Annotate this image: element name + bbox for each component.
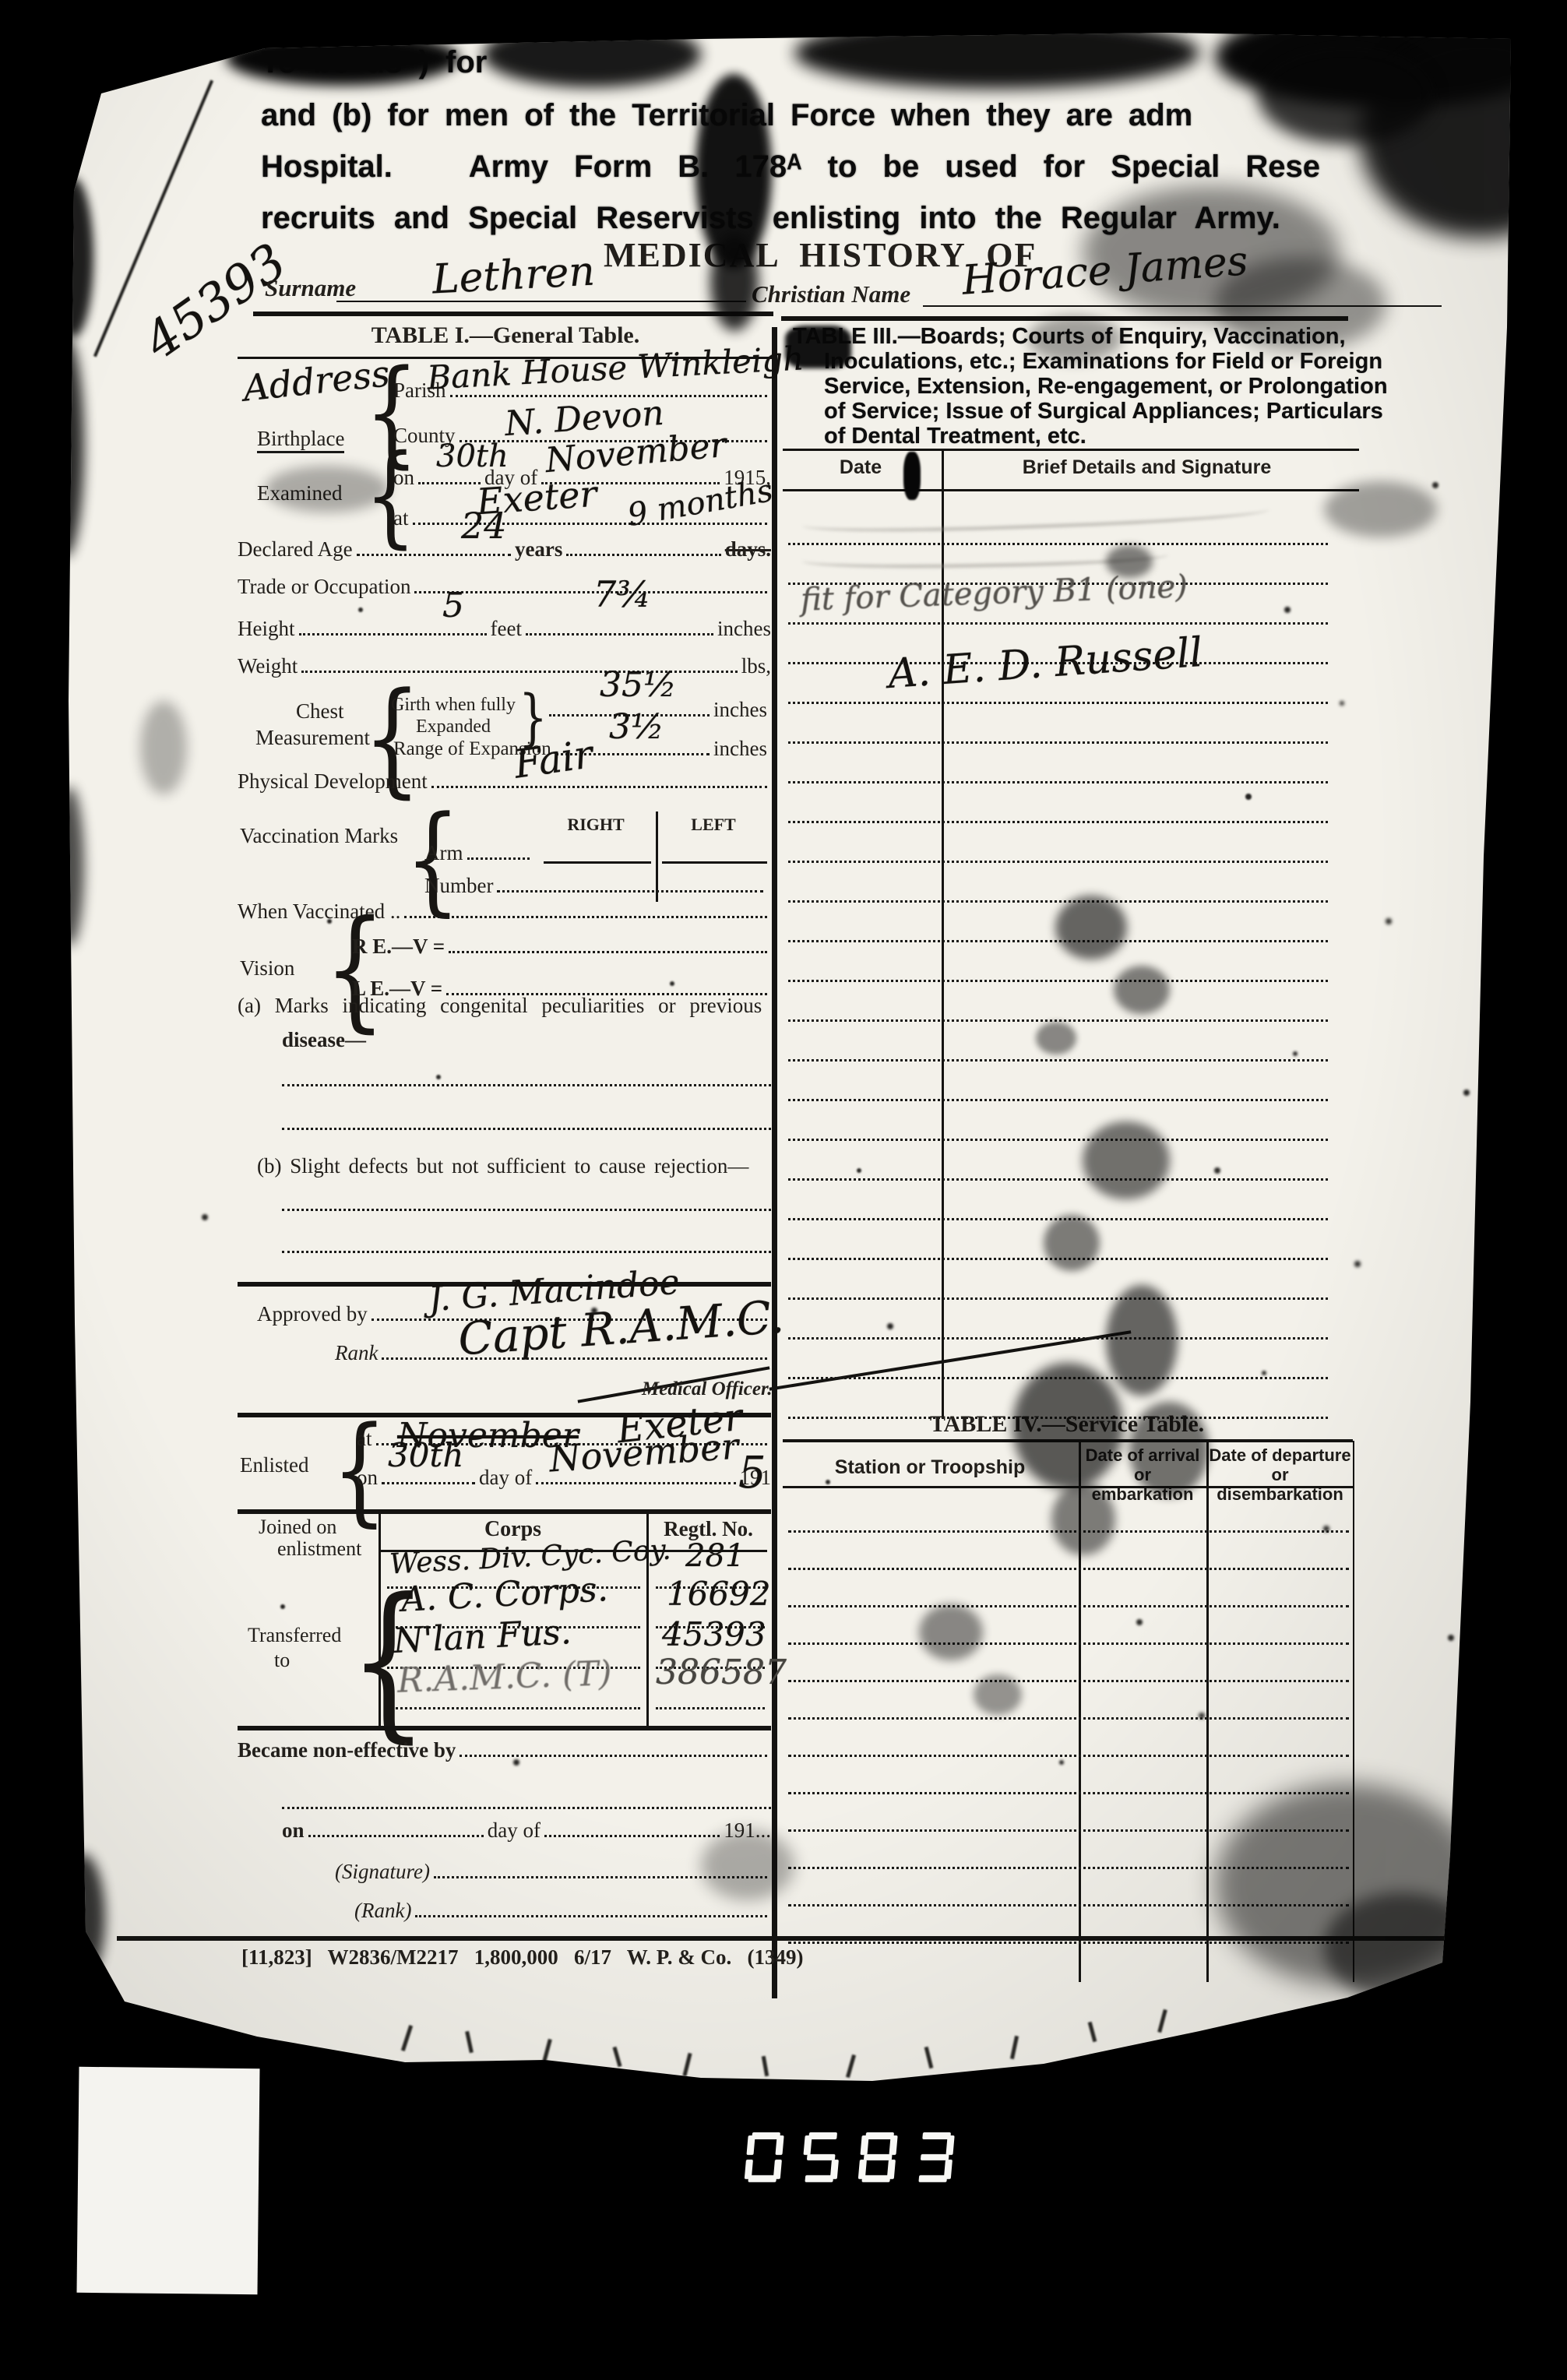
corps-row-no: 281 <box>685 1540 745 1572</box>
edge-blot <box>53 178 93 337</box>
dotted-line <box>566 552 720 556</box>
ink-stain <box>1106 1285 1178 1396</box>
ink-stain <box>226 31 460 86</box>
age-years-value: 24 <box>461 508 507 544</box>
scanned-medical-history-form: To be us ) for and (b) for men of the Te… <box>0 0 1567 2380</box>
dotted-line <box>308 1833 484 1837</box>
display-digit <box>801 2132 841 2182</box>
blank-dotted-row <box>788 740 1328 744</box>
table4-vline <box>1206 1441 1209 1982</box>
ink-stain <box>1036 1022 1076 1054</box>
dotted-line <box>460 1753 767 1757</box>
ink-stain <box>701 1830 794 1900</box>
corps-row-no: 386587 <box>656 1656 787 1690</box>
dotted-line <box>382 1480 475 1484</box>
arm-left-line <box>662 861 767 864</box>
dotted-line <box>544 1833 720 1837</box>
blank-dotted-row <box>788 1058 1328 1061</box>
non-effective-row: Became non-effective by <box>238 1738 771 1762</box>
edge-blot <box>55 787 84 946</box>
ink-stain <box>1012 1363 1123 1489</box>
blank-dotted-row <box>788 978 1328 982</box>
dotted-line <box>415 1914 767 1917</box>
dotted-line <box>357 552 511 556</box>
ink-stain <box>710 234 759 331</box>
blank-dotted-line <box>282 1805 771 1809</box>
dotted-line <box>404 914 767 918</box>
ink-stain <box>1044 1215 1100 1271</box>
ink-stain <box>1129 1402 1209 1497</box>
dotted-line <box>414 590 767 593</box>
birthplace-label: Birthplace <box>257 427 344 453</box>
corps-row-no: 16692 <box>667 1578 771 1611</box>
corps-row-line <box>656 1706 765 1709</box>
weight-row: Weightlbs, <box>238 654 771 678</box>
girth-label-2: Expanded <box>391 716 516 738</box>
vision-re-row: R E.—V = <box>352 935 771 959</box>
blank-dotted-row <box>788 1336 1328 1340</box>
blank-dotted-row <box>788 1790 1349 1794</box>
chest-label-2: Measurement <box>255 726 370 750</box>
rank-paren-row: (Rank) <box>354 1899 771 1923</box>
left-column-header: LEFT <box>659 815 768 834</box>
ink-stain <box>265 466 389 512</box>
vision-label: Vision <box>240 956 294 981</box>
display-digit <box>857 2132 898 2182</box>
surname-value: Lethren <box>431 252 596 301</box>
edge-blot <box>58 1854 105 1982</box>
blank-dotted-line <box>282 1207 771 1211</box>
dotted-line <box>449 949 767 953</box>
dotted-line <box>497 889 763 892</box>
table3-top-rule <box>783 449 1359 451</box>
white-card <box>76 2067 259 2294</box>
range-value: 3½ <box>609 710 664 745</box>
enlisted-day-value: 30th <box>388 1439 463 1472</box>
ink-stain <box>1083 1121 1170 1199</box>
ink-stain <box>903 452 921 500</box>
dotted-line <box>418 481 481 484</box>
ink-stain <box>483 22 701 87</box>
blank-dotted-row <box>788 1678 1349 1682</box>
dotted-line <box>536 1480 735 1484</box>
final-date-row: onday of191... <box>282 1818 771 1843</box>
blank-dotted-row <box>788 1296 1328 1300</box>
physical-value: Fair <box>512 734 595 784</box>
examined-day-value: 30th <box>436 441 509 472</box>
girth-value: 35½ <box>600 668 677 702</box>
seven-segment-display <box>744 2132 976 2186</box>
blank-dotted-row <box>788 899 1328 903</box>
ink-stain <box>1055 896 1127 959</box>
medical-officer-label: Medical Officer. <box>642 1378 773 1401</box>
display-digit <box>744 2132 784 2182</box>
enlisted-year-hw: 5 <box>738 1452 766 1495</box>
height-inches-value: 7¾ <box>593 576 651 612</box>
transferred-label-1: Transferred <box>248 1624 341 1647</box>
when-vaccinated-row: When Vaccinated .. <box>238 900 771 924</box>
ink-stain <box>1106 545 1153 578</box>
ink-stain <box>140 701 187 794</box>
blank-dotted-row <box>788 1177 1328 1181</box>
surname-underline <box>336 301 746 302</box>
christian-name-label: Christian Name <box>752 280 910 308</box>
height-row: Heightfeetinches <box>238 617 771 641</box>
chest-label-1: Chest <box>296 699 344 724</box>
column-divider <box>772 327 777 1998</box>
printer-imprint: [11,823] W2836/M2217 1,800,000 6/17 W. P… <box>241 1945 804 1970</box>
corps-row-value: R.A.M.C. (T) <box>396 1656 612 1699</box>
joined-label-1: Joined on <box>259 1516 336 1539</box>
ink-stain <box>1028 315 1122 362</box>
blank-dotted-row <box>788 541 1328 545</box>
dotted-line <box>467 856 530 860</box>
transferred-label-2: to <box>274 1649 290 1672</box>
blank-dotted-row <box>788 1604 1349 1607</box>
ink-stain <box>974 1674 1022 1715</box>
blank-dotted-line <box>282 1126 771 1130</box>
marks-a-line-1: (a) Marks indicating congenital peculiar… <box>238 994 771 1018</box>
right-column-header: RIGHT <box>537 815 654 834</box>
ink-stain <box>1114 966 1170 1014</box>
vaccination-label: Vaccination Marks <box>240 824 398 848</box>
dotted-line <box>431 784 767 788</box>
blank-dotted-row <box>788 1641 1349 1645</box>
ink-stain <box>1324 481 1437 537</box>
corps-row-value: N'lan Fus. <box>393 1615 572 1659</box>
dotted-line <box>299 632 487 635</box>
table3-details-header: Brief Details and Signature <box>946 456 1347 479</box>
arm-row: Arm <box>424 841 533 865</box>
table3-header-rule <box>783 489 1359 491</box>
dotted-line <box>526 632 713 635</box>
blank-dotted-row <box>788 1137 1328 1141</box>
trade-row: Trade or Occupation <box>238 575 771 599</box>
ink-stain <box>1324 1892 1480 2002</box>
enlisted-label: Enlisted <box>240 1453 309 1477</box>
blank-dotted-row <box>788 859 1328 863</box>
surname-label: Surname <box>265 274 356 302</box>
edge-blot <box>47 335 84 557</box>
left-heavy-rule <box>253 312 773 316</box>
blank-dotted-row <box>788 1566 1349 1570</box>
blank-dotted-row <box>788 780 1328 783</box>
girth-label-1: Girth when fully <box>391 695 516 716</box>
blank-dotted-row <box>788 1716 1349 1720</box>
height-feet-value: 5 <box>442 589 464 623</box>
arm-right-line <box>544 861 651 864</box>
blank-dotted-row <box>788 621 1328 625</box>
blank-dotted-line <box>282 1249 771 1253</box>
number-row: Number <box>424 874 767 898</box>
display-digit <box>914 2132 955 2182</box>
table4-departure-header: Date of departure or disembarkation <box>1209 1445 1351 1504</box>
speck-field <box>0 0 5 5</box>
ink-stain <box>794 17 1199 89</box>
ink-stain <box>919 1604 983 1660</box>
ink-stain <box>1258 47 1433 144</box>
corps-row-no: 45393 <box>662 1618 766 1651</box>
section-rule <box>238 1509 771 1514</box>
form-paper: To be us ) for and (b) for men of the Te… <box>0 0 1567 2380</box>
blank-dotted-row <box>788 1097 1328 1101</box>
corps-table-bottom-rule <box>238 1726 771 1730</box>
ink-stain <box>1051 1484 1115 1555</box>
physical-row: Physical Development <box>238 769 771 794</box>
defects-b-line: (b) Slight defects but not sufficient to… <box>257 1154 771 1178</box>
blank-dotted-line <box>282 1083 771 1086</box>
blank-dotted-row <box>788 819 1328 823</box>
ink-stain <box>785 326 851 368</box>
blank-dotted-row <box>788 700 1328 704</box>
ink-stain <box>1215 257 1386 350</box>
notice-line-3: Hospital. Army Form B. 178ᴬ to be used f… <box>261 150 1320 185</box>
marks-a-line-2: disease— <box>282 1028 366 1052</box>
blank-dotted-row <box>788 1753 1349 1757</box>
joined-label-2: enlistment <box>277 1537 361 1561</box>
